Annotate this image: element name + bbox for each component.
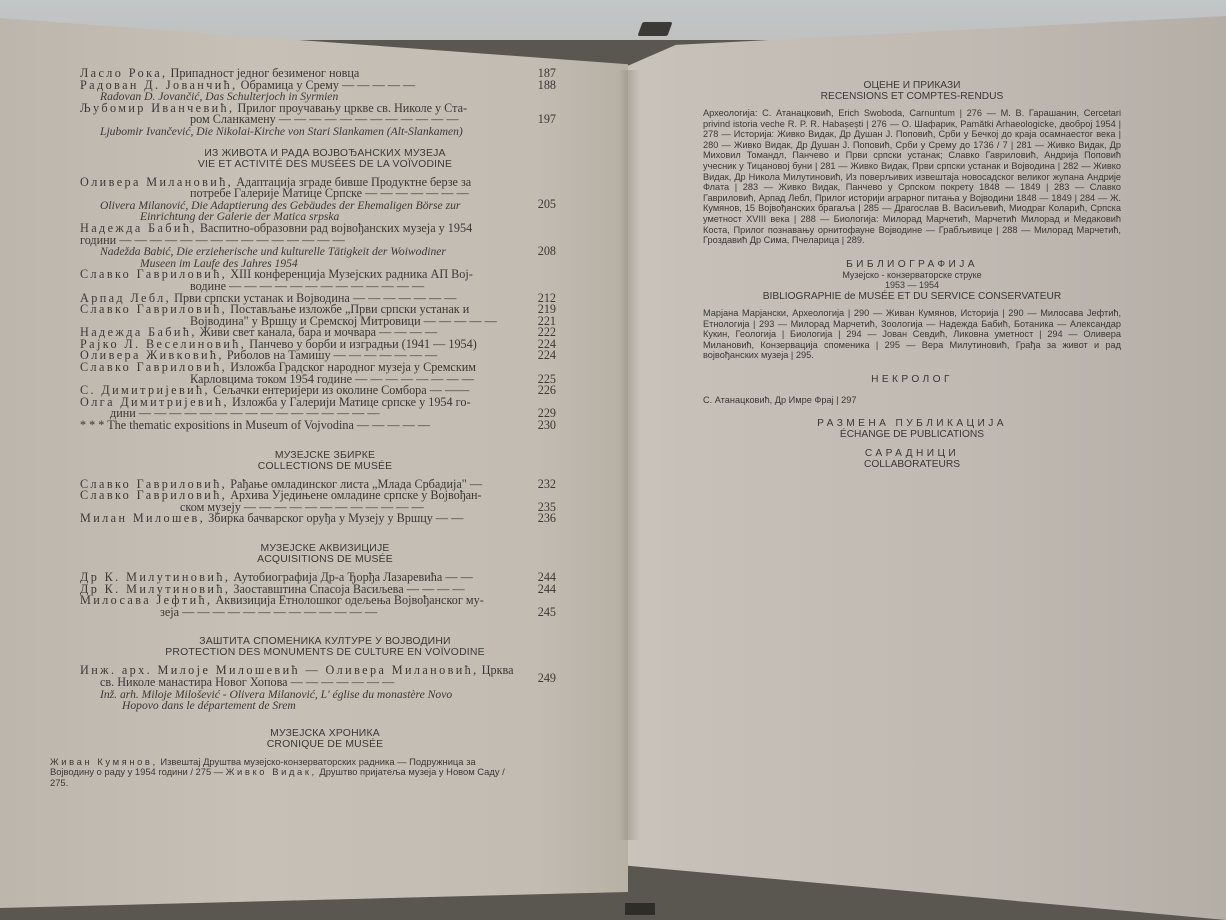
- toc-entry: Олга Димитријевић, Изложба у Галерији Ма…: [80, 397, 570, 420]
- entry-title: The thematic expositions in Museum of Vo…: [107, 418, 354, 432]
- toc-entry: Надежда Бабић, Васпитно-образовни рад во…: [80, 223, 570, 246]
- toc-entry-translation: Nadežda Babić, Die erzieherische und kul…: [80, 246, 570, 269]
- toc-entry: Милосава Јефтић, Аквизиција Етнолошког о…: [80, 595, 570, 618]
- entry-title-cont: зеја: [160, 605, 179, 619]
- heading-sr: МУЗЕЈСКЕ АКВИЗИЦИЈЕ: [80, 543, 570, 554]
- bibliography-heading-sr: БИБЛИОГРАФИЈА: [703, 259, 1121, 270]
- chronicle-author: Живко Видак,: [226, 766, 317, 777]
- entry-page: 236: [538, 513, 556, 525]
- bibliography-heading-fr: BIBLIOGRAPHIE de MUSÉE ET DU SERVICE CON…: [703, 291, 1121, 302]
- toc-entry: Љубомир Иванчевић, Прилог проучавању црк…: [80, 103, 570, 126]
- entry-page: 205: [538, 199, 556, 211]
- heading-sr: ЗАШТИТА СПОМЕНИКА КУЛТУРЕ У ВОЈВОДИНИ: [80, 636, 570, 647]
- entry-page: 224: [538, 350, 556, 362]
- toc-entry-translation: Inž. arh. Miloje Milošević - Olivera Mil…: [80, 689, 570, 712]
- entry-page: 232: [538, 479, 556, 491]
- toc-entry: Оливера Милановић, Адаптација зграде бив…: [80, 177, 570, 200]
- right-page-toc: ОЦЕНЕ И ПРИКАЗИ RECENSIONS ET COMPTES-RE…: [703, 80, 1121, 470]
- reviews-heading-sr: ОЦЕНЕ И ПРИКАЗИ: [703, 80, 1121, 91]
- book-spine-gutter: [618, 70, 640, 840]
- reviews-heading-fr: RECENSIONS ET COMPTES-RENDUS: [703, 91, 1121, 102]
- entry-title: Збирка бачварског оруђа у Музеју у Вршцу: [208, 511, 433, 525]
- entry-page: 245: [538, 607, 556, 619]
- exchange-heading-sr: РАЗМЕНА ПУБЛИКАЦИЈА: [703, 418, 1121, 429]
- section-heading-protection: ЗАШТИТА СПОМЕНИКА КУЛТУРЕ У ВОЈВОДИНИ PR…: [80, 636, 570, 658]
- entry-author: * * *: [80, 418, 104, 432]
- heading-sr: МУЗЕЈСКА ХРОНИКА: [80, 728, 570, 739]
- toc-entry: * * * The thematic expositions in Museum…: [80, 420, 570, 432]
- entry-page: 208: [538, 246, 556, 258]
- toc-entry: Милан Милошев, Збирка бачварског оруђа у…: [80, 513, 570, 525]
- toc-entry-translation: Ljubomir Ivančević, Die Nikolai-Kirche v…: [80, 126, 570, 138]
- section-heading-acquisitions: МУЗЕЈСКЕ АКВИЗИЦИЈЕ ACQUISITIONS DE MUSÉ…: [80, 543, 570, 565]
- heading-fr: COLLECTIONS DE MUSÉE: [80, 461, 570, 472]
- heading-fr: ACQUISITIONS DE MUSÉE: [80, 554, 570, 565]
- bibliography-years: 1953 — 1954: [703, 280, 1121, 291]
- entry-author: Милан Милошев,: [80, 511, 205, 525]
- left-page-toc: Ласло Рока, Припадност једног безименог …: [80, 68, 570, 788]
- toc-entry: Славко Гавриловић, Архива Уједињене омла…: [80, 490, 570, 513]
- heading-fr: CRONIQUE DE MUSÉE: [80, 739, 570, 750]
- heading-sr: МУЗЕЈСКЕ ЗБИРКЕ: [80, 450, 570, 461]
- entry-title: Црква: [482, 663, 514, 677]
- entry-page: 188: [538, 80, 556, 92]
- book-cover-edge-bottom: [625, 903, 655, 915]
- section-heading-chronicle: МУЗЕЈСКА ХРОНИКА CRONIQUE DE MUSÉE: [80, 728, 570, 750]
- entry-translation-cont: Hopovo dans le département de Srem: [100, 700, 520, 712]
- bibliography-subtitle: Музејско - конзерваторске струке: [703, 270, 1121, 281]
- collaborators-heading-sr: САРАДНИЦИ: [703, 448, 1121, 459]
- section-heading-life: ИЗ ЖИВОТА И РАДА ВОЈВОЂАНСКИХ МУЗЕЈА VIE…: [80, 148, 570, 170]
- entry-page: 197: [538, 114, 556, 126]
- section-heading-collections: МУЗЕЈСКЕ ЗБИРКЕ COLLECTIONS DE MUSÉE: [80, 450, 570, 472]
- heading-fr: PROTECTION DES MONUMENTS DE CULTURE EN V…: [80, 647, 570, 658]
- toc-entry: Инж. арх. Милоје Милошевић — Оливера Мил…: [80, 665, 570, 688]
- entry-page: 230: [538, 420, 556, 432]
- toc-entry: Славко Гавриловић, Постављање изложбе „П…: [80, 304, 570, 327]
- toc-entry: Славко Гавриловић, Изложба Градског наро…: [80, 362, 570, 385]
- toc-entry-translation: Olivera Milanović, Die Adaptierung des G…: [80, 200, 570, 223]
- chronicle-paragraph: Живан Кумянов, Извештај Друштва музејско…: [50, 757, 510, 788]
- heading-sr: ИЗ ЖИВОТА И РАДА ВОЈВОЂАНСКИХ МУЗЕЈА: [80, 148, 570, 159]
- collaborators-heading-fr: COLLABORATEURS: [703, 459, 1121, 470]
- chronicle-author: Живан Кумянов,: [50, 756, 158, 767]
- entry-page: 226: [538, 385, 556, 397]
- reviews-text: Археологија: С. Атанацковић, Erich Swobo…: [703, 108, 1121, 246]
- entry-page: 249: [538, 673, 556, 685]
- necrology-heading: НЕКРОЛОГ: [703, 374, 1121, 385]
- entry-page: 244: [538, 584, 556, 596]
- heading-fr: VIE ET ACTIVITÉ DES MUSÉES DE LA VOÏVODI…: [80, 159, 570, 170]
- necrology-text: С. Атанацковић, Др Имре Фрај | 297: [703, 395, 1121, 406]
- book-cover-edge-top: [637, 22, 672, 36]
- exchange-heading-fr: ÉCHANGE DE PUBLICATIONS: [703, 429, 1121, 440]
- entry-translation: Ljubomir Ivančević, Die Nikolai-Kirche v…: [80, 126, 520, 138]
- toc-entry: Славко Гавриловић, XIII конференција Муз…: [80, 269, 570, 292]
- bibliography-text: Марјана Марјански, Археологија | 290 — Ж…: [703, 308, 1121, 361]
